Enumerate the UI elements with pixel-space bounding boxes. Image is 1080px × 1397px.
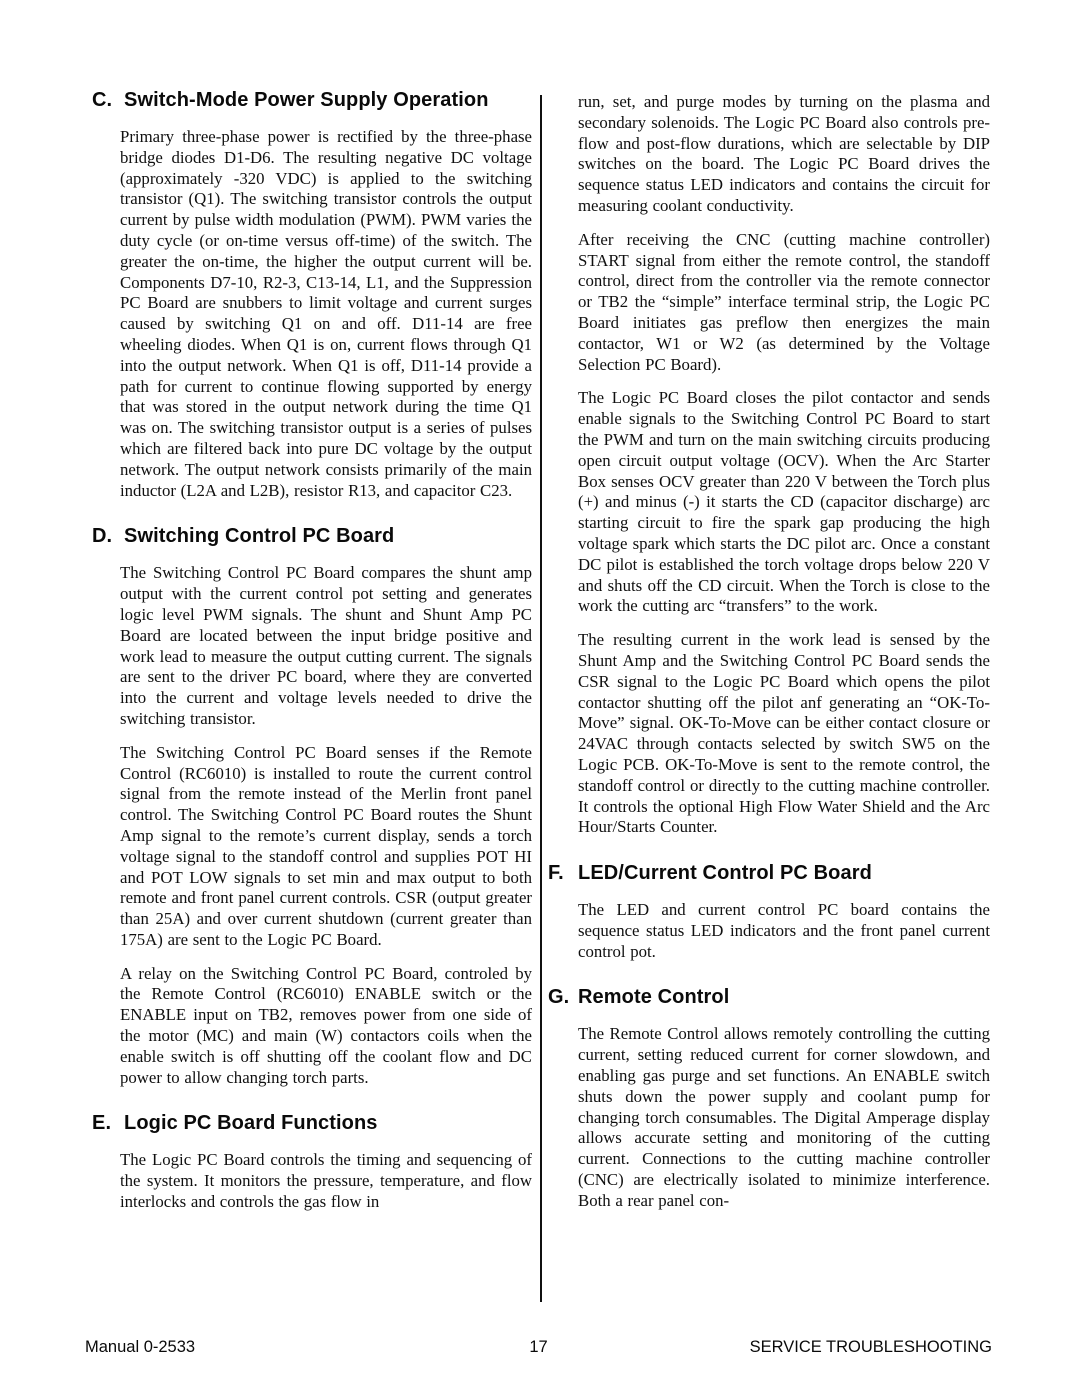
- section-letter: D.: [92, 524, 124, 548]
- manual-page: C.Switch-Mode Power Supply OperationPrim…: [0, 0, 1080, 1397]
- body-paragraph: The Logic PC Board controls the timing a…: [120, 1150, 532, 1212]
- body-paragraph: The Switching Control PC Board compares …: [120, 563, 532, 729]
- section-letter: F.: [548, 861, 578, 885]
- section-title: Logic PC Board Functions: [124, 1111, 378, 1135]
- section-title: Switching Control PC Board: [124, 524, 394, 548]
- body-paragraph: The Switching Control PC Board senses if…: [120, 743, 532, 951]
- left-column: C.Switch-Mode Power Supply OperationPrim…: [92, 88, 533, 1226]
- section-title: Switch-Mode Power Supply Operation: [124, 88, 489, 112]
- section-heading-c: C.Switch-Mode Power Supply Operation: [92, 88, 533, 112]
- body-paragraph: The Remote Control allows remotely contr…: [578, 1024, 990, 1211]
- section-letter: E.: [92, 1111, 124, 1135]
- section-letter: G.: [548, 985, 578, 1009]
- section-title: Remote Control: [578, 985, 729, 1009]
- right-column: run, set, and purge modes by turning on …: [548, 92, 991, 1225]
- page-footer: Manual 0-2533 17 SERVICE TROUBLESHOOTING: [85, 1338, 992, 1360]
- column-divider-rule: [540, 95, 542, 1302]
- body-paragraph: The LED and current control PC board con…: [578, 900, 990, 962]
- section-heading-d: D.Switching Control PC Board: [92, 524, 533, 548]
- section-letter: C.: [92, 88, 124, 112]
- body-paragraph: The resulting current in the work lead i…: [578, 630, 990, 838]
- section-title: LED/Current Control PC Board: [578, 861, 872, 885]
- section-heading-e: E.Logic PC Board Functions: [92, 1111, 533, 1135]
- footer-section-title: SERVICE TROUBLESHOOTING: [750, 1338, 992, 1357]
- body-paragraph: run, set, and purge modes by turning on …: [578, 92, 990, 217]
- body-paragraph: After receiving the CNC (cutting machine…: [578, 230, 990, 376]
- body-paragraph: The Logic PC Board closes the pilot cont…: [578, 388, 990, 617]
- body-paragraph: A relay on the Switching Control PC Boar…: [120, 964, 532, 1089]
- section-heading-g: G.Remote Control: [548, 985, 991, 1009]
- section-heading-f: F.LED/Current Control PC Board: [548, 861, 991, 885]
- body-paragraph: Primary three-phase power is rectified b…: [120, 127, 532, 501]
